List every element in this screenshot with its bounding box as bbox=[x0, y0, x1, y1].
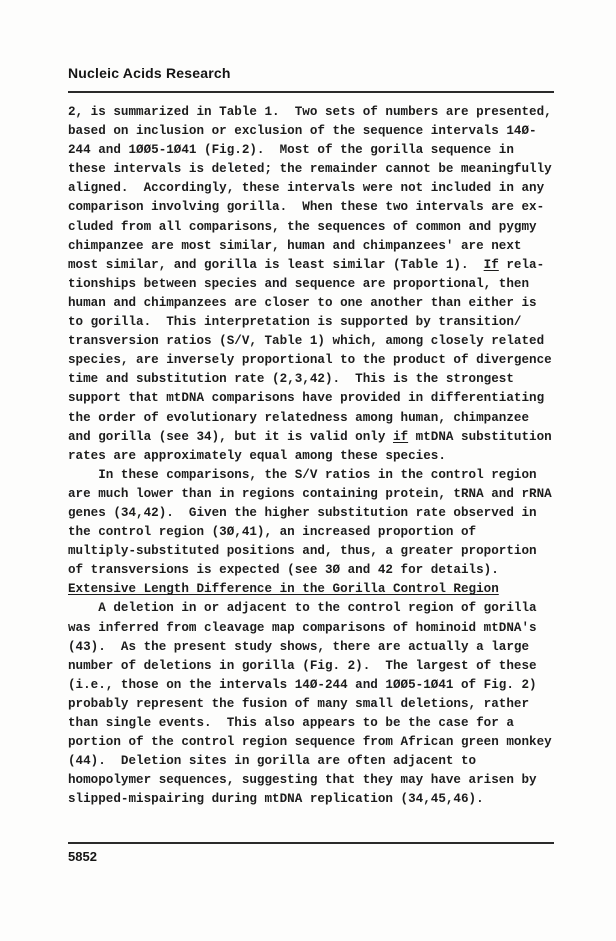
text-line: genes (34,42). Given the higher substitu… bbox=[68, 504, 564, 523]
text-segment: 2, is summarized in Table 1. Two sets of… bbox=[68, 105, 552, 119]
text-segment: of transversions is expected (see 3Ø and… bbox=[68, 563, 499, 577]
header-rule bbox=[68, 91, 554, 93]
text-segment: rela- bbox=[499, 258, 544, 272]
text-line: aligned. Accordingly, these intervals we… bbox=[68, 179, 564, 198]
text-line: transversion ratios (S/V, Table 1) which… bbox=[68, 332, 564, 351]
text-line: to gorilla. This interpretation is suppo… bbox=[68, 313, 564, 332]
page-body-text: 2, is summarized in Table 1. Two sets of… bbox=[68, 103, 564, 809]
text-segment: are much lower than in regions containin… bbox=[68, 487, 552, 501]
text-segment: support that mtDNA comparisons have prov… bbox=[68, 391, 544, 405]
text-segment: In these comparisons, the S/V ratios in … bbox=[68, 468, 537, 482]
text-segment: homopolymer sequences, suggesting that t… bbox=[68, 773, 537, 787]
text-segment: 244 and 1ØØ5-1Ø41 (Fig.2). Most of the g… bbox=[68, 143, 514, 157]
text-segment: (44). Deletion sites in gorilla are ofte… bbox=[68, 754, 476, 768]
text-segment: mtDNA substitution bbox=[408, 430, 552, 444]
text-line: species, are inversely proportional to t… bbox=[68, 351, 564, 370]
text-line: tionships between species and sequence a… bbox=[68, 275, 564, 294]
text-line: cluded from all comparisons, the sequenc… bbox=[68, 218, 564, 237]
text-line: portion of the control region sequence f… bbox=[68, 733, 564, 752]
footer-rule bbox=[68, 842, 554, 844]
text-segment: (i.e., those on the intervals 14Ø-244 an… bbox=[68, 678, 537, 692]
underlined-text: Extensive Length Difference in the Goril… bbox=[68, 582, 499, 596]
text-line: number of deletions in gorilla (Fig. 2).… bbox=[68, 657, 564, 676]
text-segment: aligned. Accordingly, these intervals we… bbox=[68, 181, 544, 195]
text-segment: cluded from all comparisons, the sequenc… bbox=[68, 220, 537, 234]
text-segment: time and substitution rate (2,3,42). Thi… bbox=[68, 372, 514, 386]
underlined-text: if bbox=[393, 430, 408, 444]
text-line: the order of evolutionary relatedness am… bbox=[68, 409, 564, 428]
text-line: of transversions is expected (see 3Ø and… bbox=[68, 561, 564, 580]
text-line: multiply-substituted positions and, thus… bbox=[68, 542, 564, 561]
text-line: and gorilla (see 34), but it is valid on… bbox=[68, 428, 564, 447]
text-segment: was inferred from cleavage map compariso… bbox=[68, 621, 537, 635]
text-line: are much lower than in regions containin… bbox=[68, 485, 564, 504]
text-line: comparison involving gorilla. When these… bbox=[68, 198, 564, 217]
text-line: human and chimpanzees are closer to one … bbox=[68, 294, 564, 313]
text-line: most similar, and gorilla is least simil… bbox=[68, 256, 564, 275]
text-line: than single events. This also appears to… bbox=[68, 714, 564, 733]
text-segment: slipped-mispairing during mtDNA replicat… bbox=[68, 792, 484, 806]
text-segment: number of deletions in gorilla (Fig. 2).… bbox=[68, 659, 537, 673]
text-segment: based on inclusion or exclusion of the s… bbox=[68, 124, 537, 138]
text-line: chimpanzee are most similar, human and c… bbox=[68, 237, 564, 256]
text-line: was inferred from cleavage map compariso… bbox=[68, 619, 564, 638]
text-line: rates are approximately equal among thes… bbox=[68, 447, 564, 466]
text-line: slipped-mispairing during mtDNA replicat… bbox=[68, 790, 564, 809]
text-line: probably represent the fusion of many sm… bbox=[68, 695, 564, 714]
text-line: A deletion in or adjacent to the control… bbox=[68, 599, 564, 618]
text-segment: A deletion in or adjacent to the control… bbox=[68, 601, 537, 615]
text-line: In these comparisons, the S/V ratios in … bbox=[68, 466, 564, 485]
text-line: (43). As the present study shows, there … bbox=[68, 638, 564, 657]
text-line: support that mtDNA comparisons have prov… bbox=[68, 389, 564, 408]
text-segment: rates are approximately equal among thes… bbox=[68, 449, 446, 463]
text-segment: comparison involving gorilla. When these… bbox=[68, 200, 544, 214]
text-line: these intervals is deleted; the remainde… bbox=[68, 160, 564, 179]
text-segment: human and chimpanzees are closer to one … bbox=[68, 296, 537, 310]
journal-title: Nucleic Acids Research bbox=[68, 65, 231, 81]
text-segment: than single events. This also appears to… bbox=[68, 716, 514, 730]
text-segment: most similar, and gorilla is least simil… bbox=[68, 258, 484, 272]
page-number: 5852 bbox=[68, 849, 97, 864]
text-line: Extensive Length Difference in the Goril… bbox=[68, 580, 564, 599]
text-line: time and substitution rate (2,3,42). Thi… bbox=[68, 370, 564, 389]
text-segment: the order of evolutionary relatedness am… bbox=[68, 411, 529, 425]
text-line: the control region (3Ø,41), an increased… bbox=[68, 523, 564, 542]
text-segment: probably represent the fusion of many sm… bbox=[68, 697, 529, 711]
text-line: (i.e., those on the intervals 14Ø-244 an… bbox=[68, 676, 564, 695]
text-line: 2, is summarized in Table 1. Two sets of… bbox=[68, 103, 564, 122]
text-line: 244 and 1ØØ5-1Ø41 (Fig.2). Most of the g… bbox=[68, 141, 564, 160]
text-segment: transversion ratios (S/V, Table 1) which… bbox=[68, 334, 544, 348]
text-segment: chimpanzee are most similar, human and c… bbox=[68, 239, 521, 253]
text-segment: these intervals is deleted; the remainde… bbox=[68, 162, 552, 176]
text-segment: portion of the control region sequence f… bbox=[68, 735, 552, 749]
underlined-text: If bbox=[484, 258, 499, 272]
text-segment: the control region (3Ø,41), an increased… bbox=[68, 525, 476, 539]
text-segment: genes (34,42). Given the higher substitu… bbox=[68, 506, 537, 520]
text-line: (44). Deletion sites in gorilla are ofte… bbox=[68, 752, 564, 771]
text-segment: tionships between species and sequence a… bbox=[68, 277, 529, 291]
text-segment: species, are inversely proportional to t… bbox=[68, 353, 552, 367]
text-line: homopolymer sequences, suggesting that t… bbox=[68, 771, 564, 790]
text-segment: multiply-substituted positions and, thus… bbox=[68, 544, 537, 558]
text-segment: and gorilla (see 34), but it is valid on… bbox=[68, 430, 393, 444]
text-line: based on inclusion or exclusion of the s… bbox=[68, 122, 564, 141]
text-segment: to gorilla. This interpretation is suppo… bbox=[68, 315, 521, 329]
journal-page: Nucleic Acids Research 2, is summarized … bbox=[0, 0, 616, 941]
text-segment: (43). As the present study shows, there … bbox=[68, 640, 529, 654]
